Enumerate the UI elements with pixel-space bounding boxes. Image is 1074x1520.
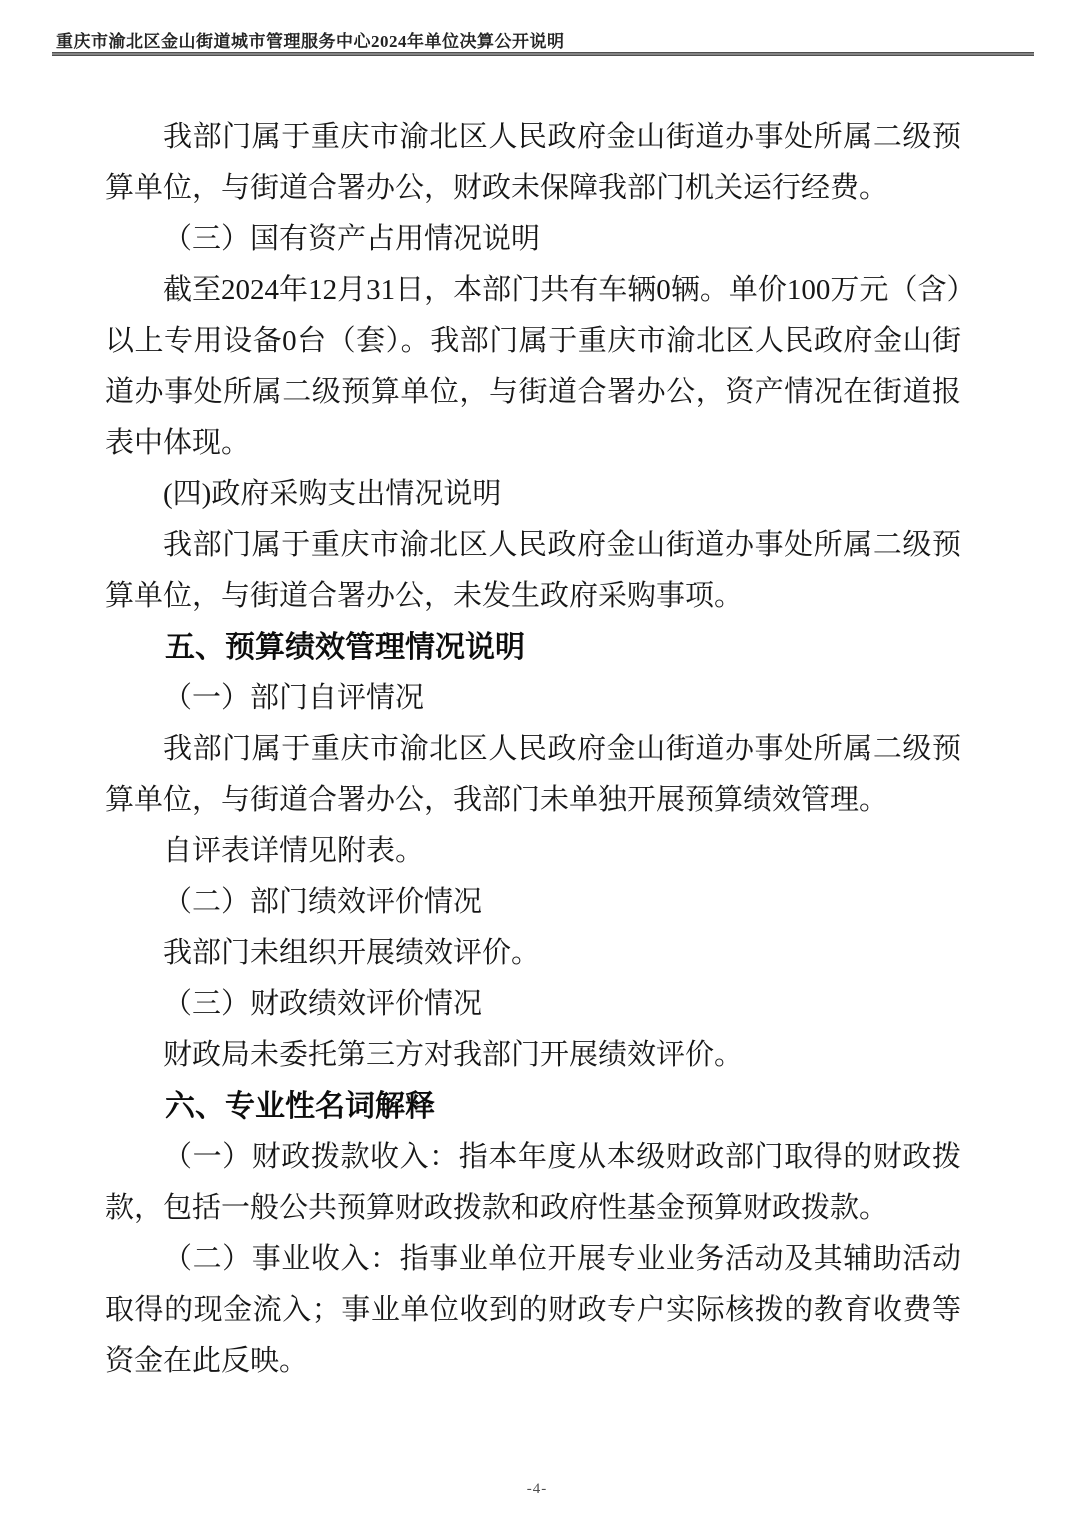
paragraph: 截至2024年12月31日，本部门共有车辆0辆。单价100万元（含）以上专用设备…	[105, 265, 961, 469]
document-header-title: 重庆市渝北区金山街道城市管理服务中心2024年单位决算公开说明	[56, 27, 565, 52]
paragraph: 我部门属于重庆市渝北区人民政府金山街道办事处所属二级预算单位，与街道合署办公，未…	[105, 520, 961, 622]
sub-heading: （一）部门自评情况	[105, 673, 961, 724]
section-heading: 六、专业性名词解释	[105, 1081, 961, 1132]
document-page: 重庆市渝北区金山街道城市管理服务中心2024年单位决算公开说明 我部门属于重庆市…	[0, 0, 1074, 1520]
paragraph: 我部门未组织开展绩效评价。	[105, 928, 961, 979]
sub-heading: （三）国有资产占用情况说明	[105, 214, 961, 265]
sub-heading: (四)政府采购支出情况说明	[105, 469, 961, 520]
sub-heading: （三）财政绩效评价情况	[105, 979, 961, 1030]
paragraph: （二）事业收入：指事业单位开展专业业务活动及其辅助活动取得的现金流入；事业单位收…	[105, 1234, 961, 1387]
paragraph: 自评表详情见附表。	[105, 826, 961, 877]
document-body: 我部门属于重庆市渝北区人民政府金山街道办事处所属二级预算单位，与街道合署办公，财…	[105, 112, 961, 1387]
section-heading: 五、预算绩效管理情况说明	[105, 622, 961, 673]
page-number: -4-	[0, 1481, 1074, 1498]
paragraph: 财政局未委托第三方对我部门开展绩效评价。	[105, 1030, 961, 1081]
sub-heading: （二）部门绩效评价情况	[105, 877, 961, 928]
paragraph: 我部门属于重庆市渝北区人民政府金山街道办事处所属二级预算单位，与街道合署办公，财…	[105, 112, 961, 214]
paragraph: （一）财政拨款收入：指本年度从本级财政部门取得的财政拨款，包括一般公共预算财政拨…	[105, 1132, 961, 1234]
paragraph: 我部门属于重庆市渝北区人民政府金山街道办事处所属二级预算单位，与街道合署办公，我…	[105, 724, 961, 826]
header-divider-rule	[52, 52, 1034, 56]
